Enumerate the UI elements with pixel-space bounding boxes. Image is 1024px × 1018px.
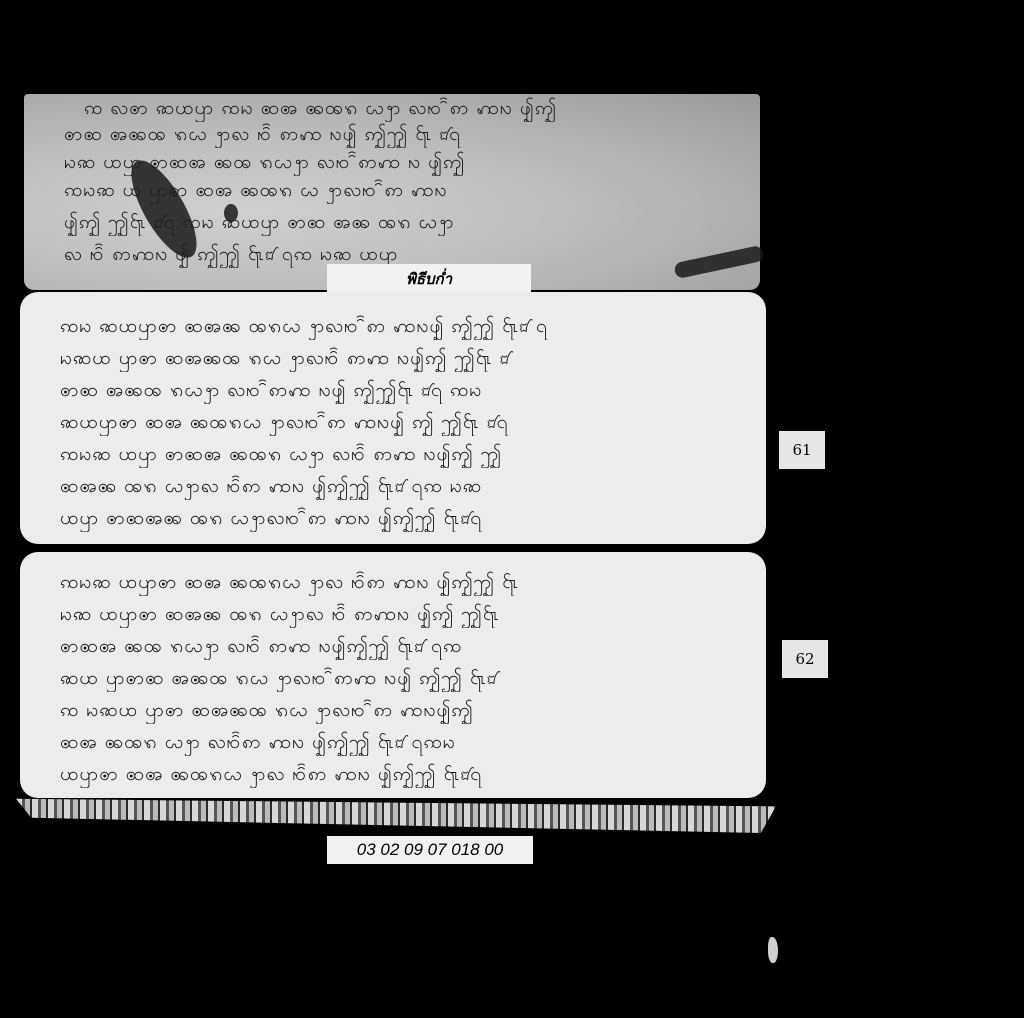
manuscript-line: ꩢꩣꩤ ꩥꩦ ꩧꩨꩩꩪ ꩫꩬ ꩭꩮꩯꩰ ꩱꩲ ꩳꩴꩵ ꩶ꩷ ꩸ xyxy=(60,346,744,372)
manuscript-line: ꩡ ꩢꩣꩤ ꩥꩦ ꩧꩨꩩꩪ ꩫꩬ ꩭꩮꩯ ꩰꩱ ꩲꩳꩴꩵ xyxy=(60,698,744,724)
manuscript-page-62: ꩡꩢꩣ ꩤꩥꩦ ꩧꩨ ꩩꩪꩫꩬ ꩭꩮ ꩯꩰꩱ ꩲꩳ ꩴꩵꩶ ꩷ ꩢꩣ ꩤꩥꩦ ꩧ… xyxy=(20,552,766,798)
top-leaf-fragment: ꩡ ꩮꩦ ꩣꩤꩥ ꩡꩢ ꩧꩨ ꩩꩪꩫ ꩬꩭ ꩮꩯ ꩰꩱ ꩲꩳ ꩴꩵ ꩦꩧ ꩨꩩꩪ… xyxy=(24,94,760,290)
manuscript-line: ꩧꩨ ꩩꩪꩫ ꩬꩭ ꩮꩯꩰꩱ ꩲꩳ ꩴꩵꩶ ꩷꩸ ꩹ꩡꩢ xyxy=(60,730,744,756)
manuscript-line: ꩤꩥꩦ ꩧꩨ ꩩꩪꩫꩬ ꩭꩮ ꩯꩰꩱ ꩲꩳ ꩴꩵꩶ ꩷꩸꩹ xyxy=(60,762,744,788)
manuscript-line: ꩦꩧ ꩨꩩꩪ ꩫꩬꩭ ꩮꩯ ꩰꩱꩲ ꩳꩴ ꩵꩶ꩷ ꩸꩹ ꩡꩢ xyxy=(60,378,744,404)
manuscript-line: ꩢꩣ ꩤꩥ ꩦꩧꩨ ꩩꩪ ꩫꩬꩭ ꩮꩯ ꩰꩱꩲ ꩳ ꩴꩵ xyxy=(64,150,738,176)
paper-fragment xyxy=(768,937,778,963)
manuscript-line: ꩡꩢ ꩣꩤꩥꩦ ꩧꩨꩩ ꩪꩫꩬ ꩭꩮꩯ ꩰꩱ ꩲꩳꩴ ꩵꩶ ꩷꩸ ꩹ xyxy=(60,314,744,340)
manuscript-line: ꩣꩤꩥꩦ ꩧꩨ ꩩꩪꩫꩬ ꩭꩮꩯ ꩰꩱ ꩲꩳꩴ ꩵ ꩶ꩷ ꩸꩹ xyxy=(60,410,744,436)
manuscript-line: ꩢꩣ ꩤꩥꩦ ꩧꩨꩩ ꩪꩫ ꩬꩭꩮ ꩯꩰ ꩱꩲꩳ ꩴꩵ ꩶ꩷ xyxy=(60,602,744,628)
manuscript-line: ꩡ ꩮꩦ ꩣꩤꩥ ꩡꩢ ꩧꩨ ꩩꩪꩫ ꩬꩭ ꩮꩯ ꩰꩱ ꩲꩳ ꩴꩵ xyxy=(84,96,738,122)
manuscript-line: ꩡꩢꩣ ꩤꩥꩦ ꩧꩨ ꩩꩪꩫꩬ ꩭꩮ ꩯꩰꩱ ꩲꩳ ꩴꩵꩶ ꩷ xyxy=(60,570,744,596)
archive-number-label: 03 02 09 07 018 00 xyxy=(327,836,533,864)
header-label: พิธีบก่ำ xyxy=(327,264,531,294)
leaf-bottom-edge xyxy=(16,795,776,833)
manuscript-line: ꩣꩤ ꩥꩦꩧ ꩨꩩꩪ ꩫꩬ ꩭꩮꩯ ꩰꩱꩲ ꩳꩴ ꩵꩶ ꩷꩸ xyxy=(60,666,744,692)
manuscript-line: ꩧꩨꩩ ꩪꩫ ꩬꩭꩮ ꩯꩰꩱ ꩲꩳ ꩴꩵꩶ ꩷꩸ ꩹ꩡ ꩢꩣ xyxy=(60,474,744,500)
manuscript-line: ꩡꩢꩣ ꩤ ꩥꩦ ꩧꩨ ꩩꩪꩫ ꩬ ꩭꩮꩯ ꩰꩱ ꩲꩳ xyxy=(64,178,738,204)
manuscript-line: ꩡꩢꩣ ꩤꩥ ꩦꩧꩨ ꩩꩪꩫ ꩬꩭ ꩮꩯꩰ ꩱꩲ ꩳꩴꩵ ꩶ xyxy=(60,442,744,468)
page-number-61: 61 xyxy=(779,431,825,469)
manuscript-line: ꩤꩥ ꩦꩧꩨꩩ ꩪꩫ ꩬꩭꩮꩯ ꩰꩱ ꩲꩳ ꩴꩵꩶ ꩷꩸꩹ xyxy=(60,506,744,532)
manuscript-line: ꩦꩧꩨ ꩩꩪ ꩫꩬꩭ ꩮꩯꩰ ꩱꩲ ꩳꩴꩵꩶ ꩷꩸ ꩹ꩡ xyxy=(60,634,744,660)
manuscript-page-61: ꩡꩢ ꩣꩤꩥꩦ ꩧꩨꩩ ꩪꩫꩬ ꩭꩮꩯ ꩰꩱ ꩲꩳꩴ ꩵꩶ ꩷꩸ ꩹ ꩢꩣꩤ ꩥ… xyxy=(20,292,766,544)
manuscript-line: ꩴꩵ ꩶ꩷ ꩸꩹ ꩡꩢ ꩣꩤꩥ ꩦꩧ ꩨꩩ ꩪꩫ ꩬꩭ xyxy=(64,210,738,236)
manuscript-line: ꩦꩧ ꩨꩩꩪ ꩫꩬ ꩭꩮ ꩯꩰ ꩱꩲ ꩳꩴ ꩵꩶ ꩷ ꩸꩹ xyxy=(64,122,738,148)
page-number-62: 62 xyxy=(782,640,828,678)
